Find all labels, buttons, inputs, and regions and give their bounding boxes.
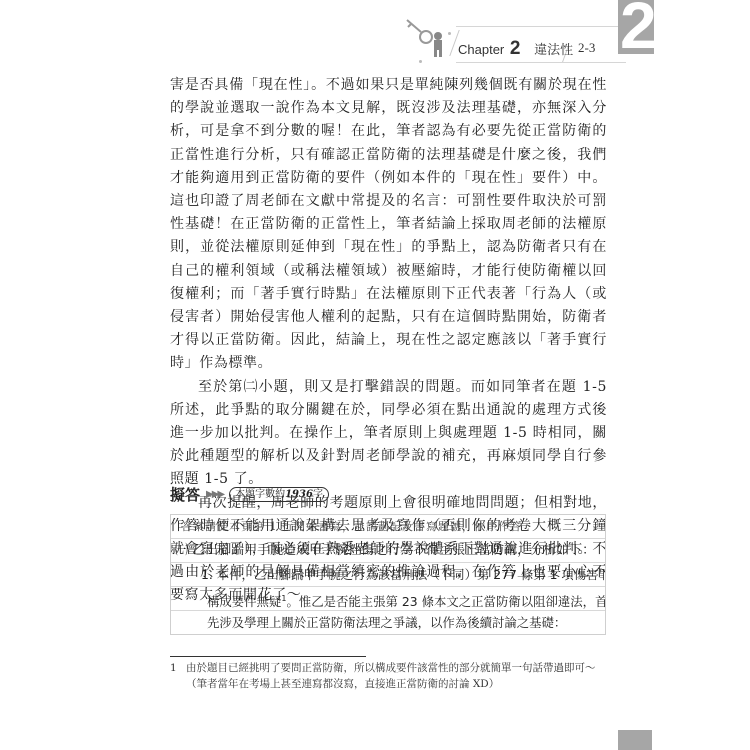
chapter-tab-number: 2 — [620, 0, 654, 54]
page-number: 2-3 — [578, 40, 595, 56]
chapter-title: 違法性 — [534, 43, 573, 58]
answer-heading: 擬答 ▶▶▶ 本題字數約1936字 — [170, 484, 329, 505]
decorative-dot — [419, 60, 422, 63]
footnote-text: 由於題目已經挑明了要問正當防衛，所以構成要件該當性的部分就簡單一句話帶過即可～（… — [186, 660, 610, 692]
chapter-number: 2 — [510, 38, 521, 59]
footnotes: 1 由於題目已經挑明了要問正當防衛，所以構成要件該當性的部分就簡單一句話帶過即可… — [170, 660, 610, 692]
paragraph: 至於第㈡小題，則又是打擊錯誤的問題。而如同筆者在題 1-5 所述，此爭點的取分關… — [170, 376, 607, 492]
answer-line: 1. 本件，乙出腳踹甲手腕之行為該當刑法（下同）第 277 條第 1 項傷害罪之 — [171, 563, 605, 587]
triple-arrow-icon: ▶▶▶ — [206, 489, 223, 500]
header-rule-bottom — [456, 62, 626, 63]
running-header: Chapter 2 違法性 2-3 — [400, 10, 620, 70]
chapter-label: Chapter 2 違法性 — [458, 38, 573, 60]
footnote-divider — [170, 656, 366, 657]
key-mascot-icon — [405, 16, 455, 58]
word-count-prefix: 本題字數約 — [235, 489, 285, 500]
answer-line: 構成要件無疑1。惟乙是否能主張第 23 條本文之正當防衛以阻卻違法，首 — [171, 587, 605, 611]
page-edge-tab — [618, 730, 652, 750]
word-count-number: 1936 — [285, 489, 313, 500]
answer-section-heading: ㈠ 乙出腳踹甲手腕造成甲手腕挫傷之行為不得主張正當防衛，分析如下： — [171, 539, 605, 563]
header-rule-top — [456, 26, 626, 27]
paragraph: 害是否具備「現在性」。不過如果只是單純陳列幾個既有關於現在性的學說並選取一說作為… — [170, 74, 607, 376]
answer-title: 擬答 — [170, 484, 200, 505]
footnote: 1 由於題目已經挑明了要問正當防衛，所以構成要件該當性的部分就簡單一句話帶過即可… — [170, 660, 610, 692]
word-count-suffix: 字 — [313, 489, 323, 500]
footnote-number: 1 — [170, 660, 186, 692]
answer-line-text: 構成要件無疑 — [207, 594, 281, 609]
chapter-side-tab: 2 — [618, 0, 654, 54]
word-count-badge: 本題字數約1936字 — [229, 487, 329, 502]
answer-line-text: 。惟乙是否能主張第 23 條本文之正當防衛以阻卻違法，首 — [286, 594, 605, 609]
answer-instruction: 答案請從本頁第 1 行開始書寫，並請劃記及書寫題號，依序作答 — [171, 515, 605, 539]
answer-sheet: 答案請從本頁第 1 行開始書寫，並請劃記及書寫題號，依序作答 ㈠ 乙出腳踹甲手腕… — [170, 514, 606, 635]
chapter-word: Chapter — [458, 42, 504, 57]
answer-line: 先涉及學理上關於正當防衛法理之爭議，以作為後續討論之基礎： — [171, 611, 605, 634]
